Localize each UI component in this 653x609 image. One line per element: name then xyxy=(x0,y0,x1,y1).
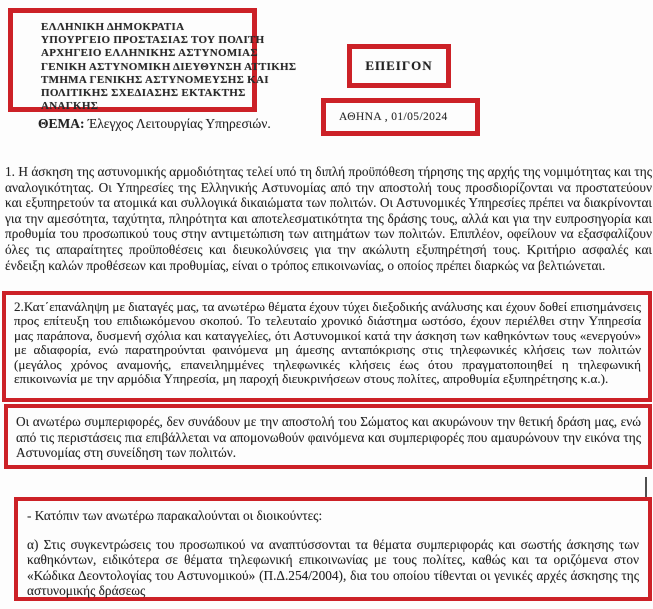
agency-line-country: ΕΛΛΗΝΙΚΗ ΔΗΜΟΚΡΑΤΙΑ xyxy=(41,21,252,34)
paragraph-1: 1. Η άσκηση της αστυνομικής αρμοδιότητας… xyxy=(5,164,652,273)
directive-item-a: α) Στις συγκεντρώσεις του προσωπικού να … xyxy=(27,537,639,599)
agency-line-department-1: ΤΜΗΜΑ ΓΕΝΙΚΗΣ ΑΣΤΥΝΟΜΕΥΣΗΣ ΚΑΙ xyxy=(41,74,252,87)
date-box: ΑΘΗΝΑ , 01/05/2024 xyxy=(321,98,480,136)
highlight-box-directives: - Κατόπιν των ανωτέρω παρακαλούνται οι δ… xyxy=(14,497,652,601)
document-scan: ΕΛΛΗΝΙΚΗ ΔΗΜΟΚΡΑΤΙΑ ΥΠΟΥΡΓΕΙΟ ΠΡΟΣΤΑΣΙΑΣ… xyxy=(0,0,653,609)
agency-line-directorate: ΓΕΝΙΚΗ ΑΣΤΥΝΟΜΙΚΗ ΔΙΕΥΘΥΝΣΗ ΑΤΤΙΚΗΣ xyxy=(41,61,252,74)
agency-line-police-hq: ΑΡΧΗΓΕΙΟ ΕΛΛΗΝΙΚΗΣ ΑΣΤΥΝΟΜΙΑΣ xyxy=(41,47,252,60)
paragraph-2: 2.Κατ΄επανάληψη με διαταγές μας, τα ανωτ… xyxy=(14,300,641,386)
highlight-box-paragraph-2: 2.Κατ΄επανάληψη με διαταγές μας, τα ανωτ… xyxy=(2,291,652,402)
agency-line-department-3: ΑΝΑΓΚΗΣ xyxy=(41,100,252,113)
subject-line: ΘΕΜΑ: Έλεγχος Λειτουργίας Υπηρεσιών. xyxy=(38,116,271,132)
directive-spacer xyxy=(27,524,639,537)
scan-artifact-line xyxy=(645,477,647,497)
urgent-label: ΕΠΕΙΓΟΝ xyxy=(365,58,432,74)
date-text: ΑΘΗΝΑ , 01/05/2024 xyxy=(339,111,448,123)
agency-header-box: ΕΛΛΗΝΙΚΗ ΔΗΜΟΚΡΑΤΙΑ ΥΠΟΥΡΓΕΙΟ ΠΡΟΣΤΑΣΙΑΣ… xyxy=(8,8,257,112)
urgent-stamp-box: ΕΠΕΙΓΟΝ xyxy=(347,44,451,88)
highlight-box-paragraph-3: Οι ανωτέρω συμπεριφορές, δεν συνάδουν με… xyxy=(4,404,652,469)
directive-intro: - Κατόπιν των ανωτέρω παρακαλούνται οι δ… xyxy=(27,508,639,524)
subject-text: Έλεγχος Λειτουργίας Υπηρεσιών. xyxy=(85,116,271,131)
agency-line-department-2: ΠΟΛΙΤΙΚΗΣ ΣΧΕΔΙΑΣΗΣ ΕΚΤΑΚΤΗΣ xyxy=(41,87,252,100)
paragraph-3: Οι ανωτέρω συμπεριφορές, δεν συνάδουν με… xyxy=(16,414,641,461)
subject-label: ΘΕΜΑ: xyxy=(38,116,85,131)
agency-line-ministry: ΥΠΟΥΡΓΕΙΟ ΠΡΟΣΤΑΣΙΑΣ ΤΟΥ ΠΟΛΙΤΗ xyxy=(41,34,252,47)
